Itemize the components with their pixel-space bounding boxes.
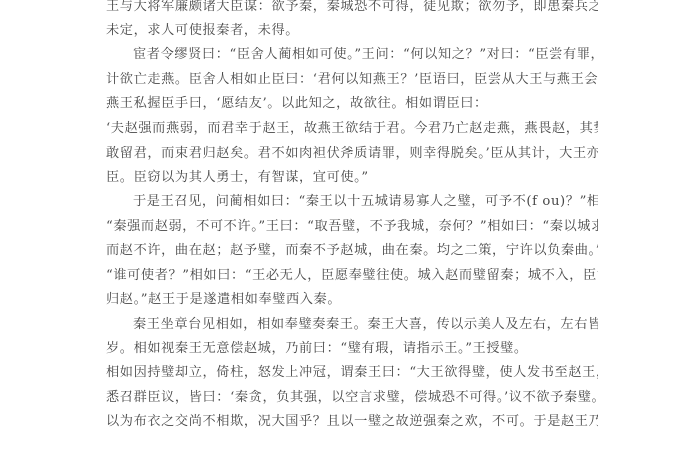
text-line: “秦强而赵弱，不可不许。”王曰：“取吾璧，不予我城，奈何？”相如曰：“秦以城求璧… — [106, 216, 598, 238]
text-line: “谁可使者？”相如曰：“王必无人，臣愿奉璧往使。城入赵而璧留秦；城不入，臣请完璧 — [106, 265, 598, 287]
text-line: 悉召群臣议，皆曰：‘秦贪，负其强，以空言求璧，偿城恐不可得。’议不欲予秦璧。臣 — [106, 387, 598, 409]
text-line: 臣。臣窃以为其人勇士，有智谋，宜可使。” — [106, 167, 598, 189]
text-line: 未定，求人可使报秦者，未得。 — [106, 20, 598, 42]
text-line: 岁。相如视秦王无意偿赵城，乃前曰：“璧有瑕，请指示王。”王授璧。 — [106, 338, 598, 360]
paragraph-start-line: 宦者令缪贤曰：“臣舍人蔺相如可使。”王问：“何以知之？”对曰：“臣尝有罪，窃 — [133, 44, 598, 66]
text-line: ‘夫赵强而燕弱，而君幸于赵王，故燕王欲结于君。今君乃亡赵走燕，燕畏赵，其势必不 — [106, 118, 598, 140]
text-line: 相如因持璧却立，倚柱，怒发上冲冠，谓秦王曰：“大王欲得璧，使人发书至赵王，赵王 — [106, 362, 598, 384]
text-line: 而赵不许，曲在赵；赵予璧，而秦不予赵城，曲在秦。均之二策，宁许以负秦曲。”王曰： — [106, 240, 598, 262]
text-line: 敢留君，而束君归赵矣。君不如肉袒伏斧质请罪，则幸得脱矣。’臣从其计，大王亦幸赦 — [106, 143, 598, 165]
text-line: 燕王私握臣手曰，‘愿结友’。以此知之，故欲往。相如谓臣曰： — [106, 93, 598, 115]
paragraph-start-line: 秦王坐章台见相如，相如奉璧奏秦王。秦王大喜，传以示美人及左右，左右皆呼万 — [133, 314, 598, 336]
text-line: 以为布衣之交尚不相欺，况大国乎？且以一璧之故逆强秦之欢，不可。于是赵王乃斋戒五日 — [106, 411, 598, 433]
text-line: 归赵。”赵王于是遂遣相如奉璧西入秦。 — [106, 289, 598, 311]
paragraph-start-line: 于是王召见，问蔺相如曰：“秦王以十五城请易寡人之璧，可予不(f ou)？”相如曰… — [133, 191, 598, 213]
text-line: 计欲亡走燕。臣舍人相如止臣曰：‘君何以知燕王？’臣语曰，臣尝从大王与燕王会境上， — [106, 69, 598, 91]
text-line: 王与大将军廉颇诸大臣谋：欲予秦，秦城恐不可得，徒见欺；欲勿予，即患秦兵之来。计 — [106, 0, 598, 18]
document-page: 王与大将军廉颇诸大臣谋：欲予秦，秦城恐不可得，徒见欺；欲勿予，即患秦兵之来。计 … — [0, 0, 700, 470]
